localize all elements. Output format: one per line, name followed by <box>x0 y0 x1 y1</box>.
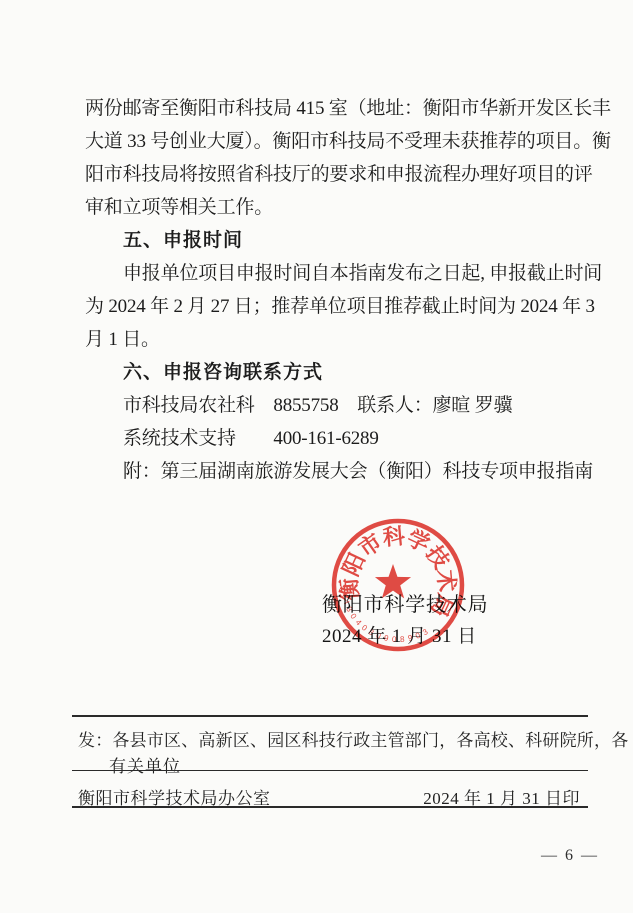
signature-date: 2024 年 1 月 31 日 <box>322 621 477 648</box>
footer-rule-top <box>72 715 588 717</box>
text-line: 为 2024 年 2 月 27 日；推荐单位项目推荐截止时间为 2024 年 3 <box>85 290 590 323</box>
text-line: 两份邮寄至衡阳市科技局 415 室（地址：衡阳市华新开发区长丰 <box>85 92 590 125</box>
text-line: 审和立项等相关工作。 <box>85 191 590 224</box>
contact-line: 市科技局农社科 8855758 联系人：廖暄 罗骥 <box>85 389 590 422</box>
text-line: 大道 33 号创业大厦）。衡阳市科技局不受理未获推荐的项目。衡 <box>85 125 590 158</box>
text-line: 申报单位项目申报时间自本指南发布之日起, 申报截止时间 <box>85 257 590 290</box>
document-page: 两份邮寄至衡阳市科技局 415 室（地址：衡阳市华新开发区长丰 大道 33 号创… <box>0 0 633 913</box>
footer-rule-bottom <box>72 806 588 808</box>
text-line: 阳市科技局将按照省科技厅的要求和申报流程办理好项目的评 <box>85 158 590 191</box>
section-heading: 五、申报时间 <box>85 224 590 257</box>
distribution-text-line2: 有关单位 <box>109 752 181 777</box>
svg-text:阳: 阳 <box>338 549 370 580</box>
signature-agency: 衡阳市科学技术局 <box>322 588 488 617</box>
attachment-line: 附：第三届湖南旅游发展大会（衡阳）科技专项申报指南 <box>85 455 590 488</box>
svg-text:学: 学 <box>403 525 434 557</box>
page-number: — 6 — <box>541 847 599 865</box>
contact-line: 系统技术支持 400-161-6289 <box>85 422 590 455</box>
text-line: 月 1 日。 <box>85 323 590 356</box>
distribution-text: 各县市区、高新区、园区科技行政主管部门，各高校、科研院所，各 <box>112 731 628 750</box>
svg-text:科: 科 <box>382 523 407 550</box>
svg-text:市: 市 <box>354 529 386 562</box>
document-body: 两份邮寄至衡阳市科技局 415 室（地址：衡阳市华新开发区长丰 大道 33 号创… <box>85 92 590 488</box>
distribution-note: 发：各县市区、高新区、园区科技行政主管部门，各高校、科研院所，各 <box>78 726 588 751</box>
footer-rule-middle <box>72 770 588 771</box>
section-heading: 六、申报咨询联系方式 <box>85 356 590 389</box>
distribution-label: 发： <box>78 731 112 750</box>
svg-text:技: 技 <box>421 541 454 573</box>
